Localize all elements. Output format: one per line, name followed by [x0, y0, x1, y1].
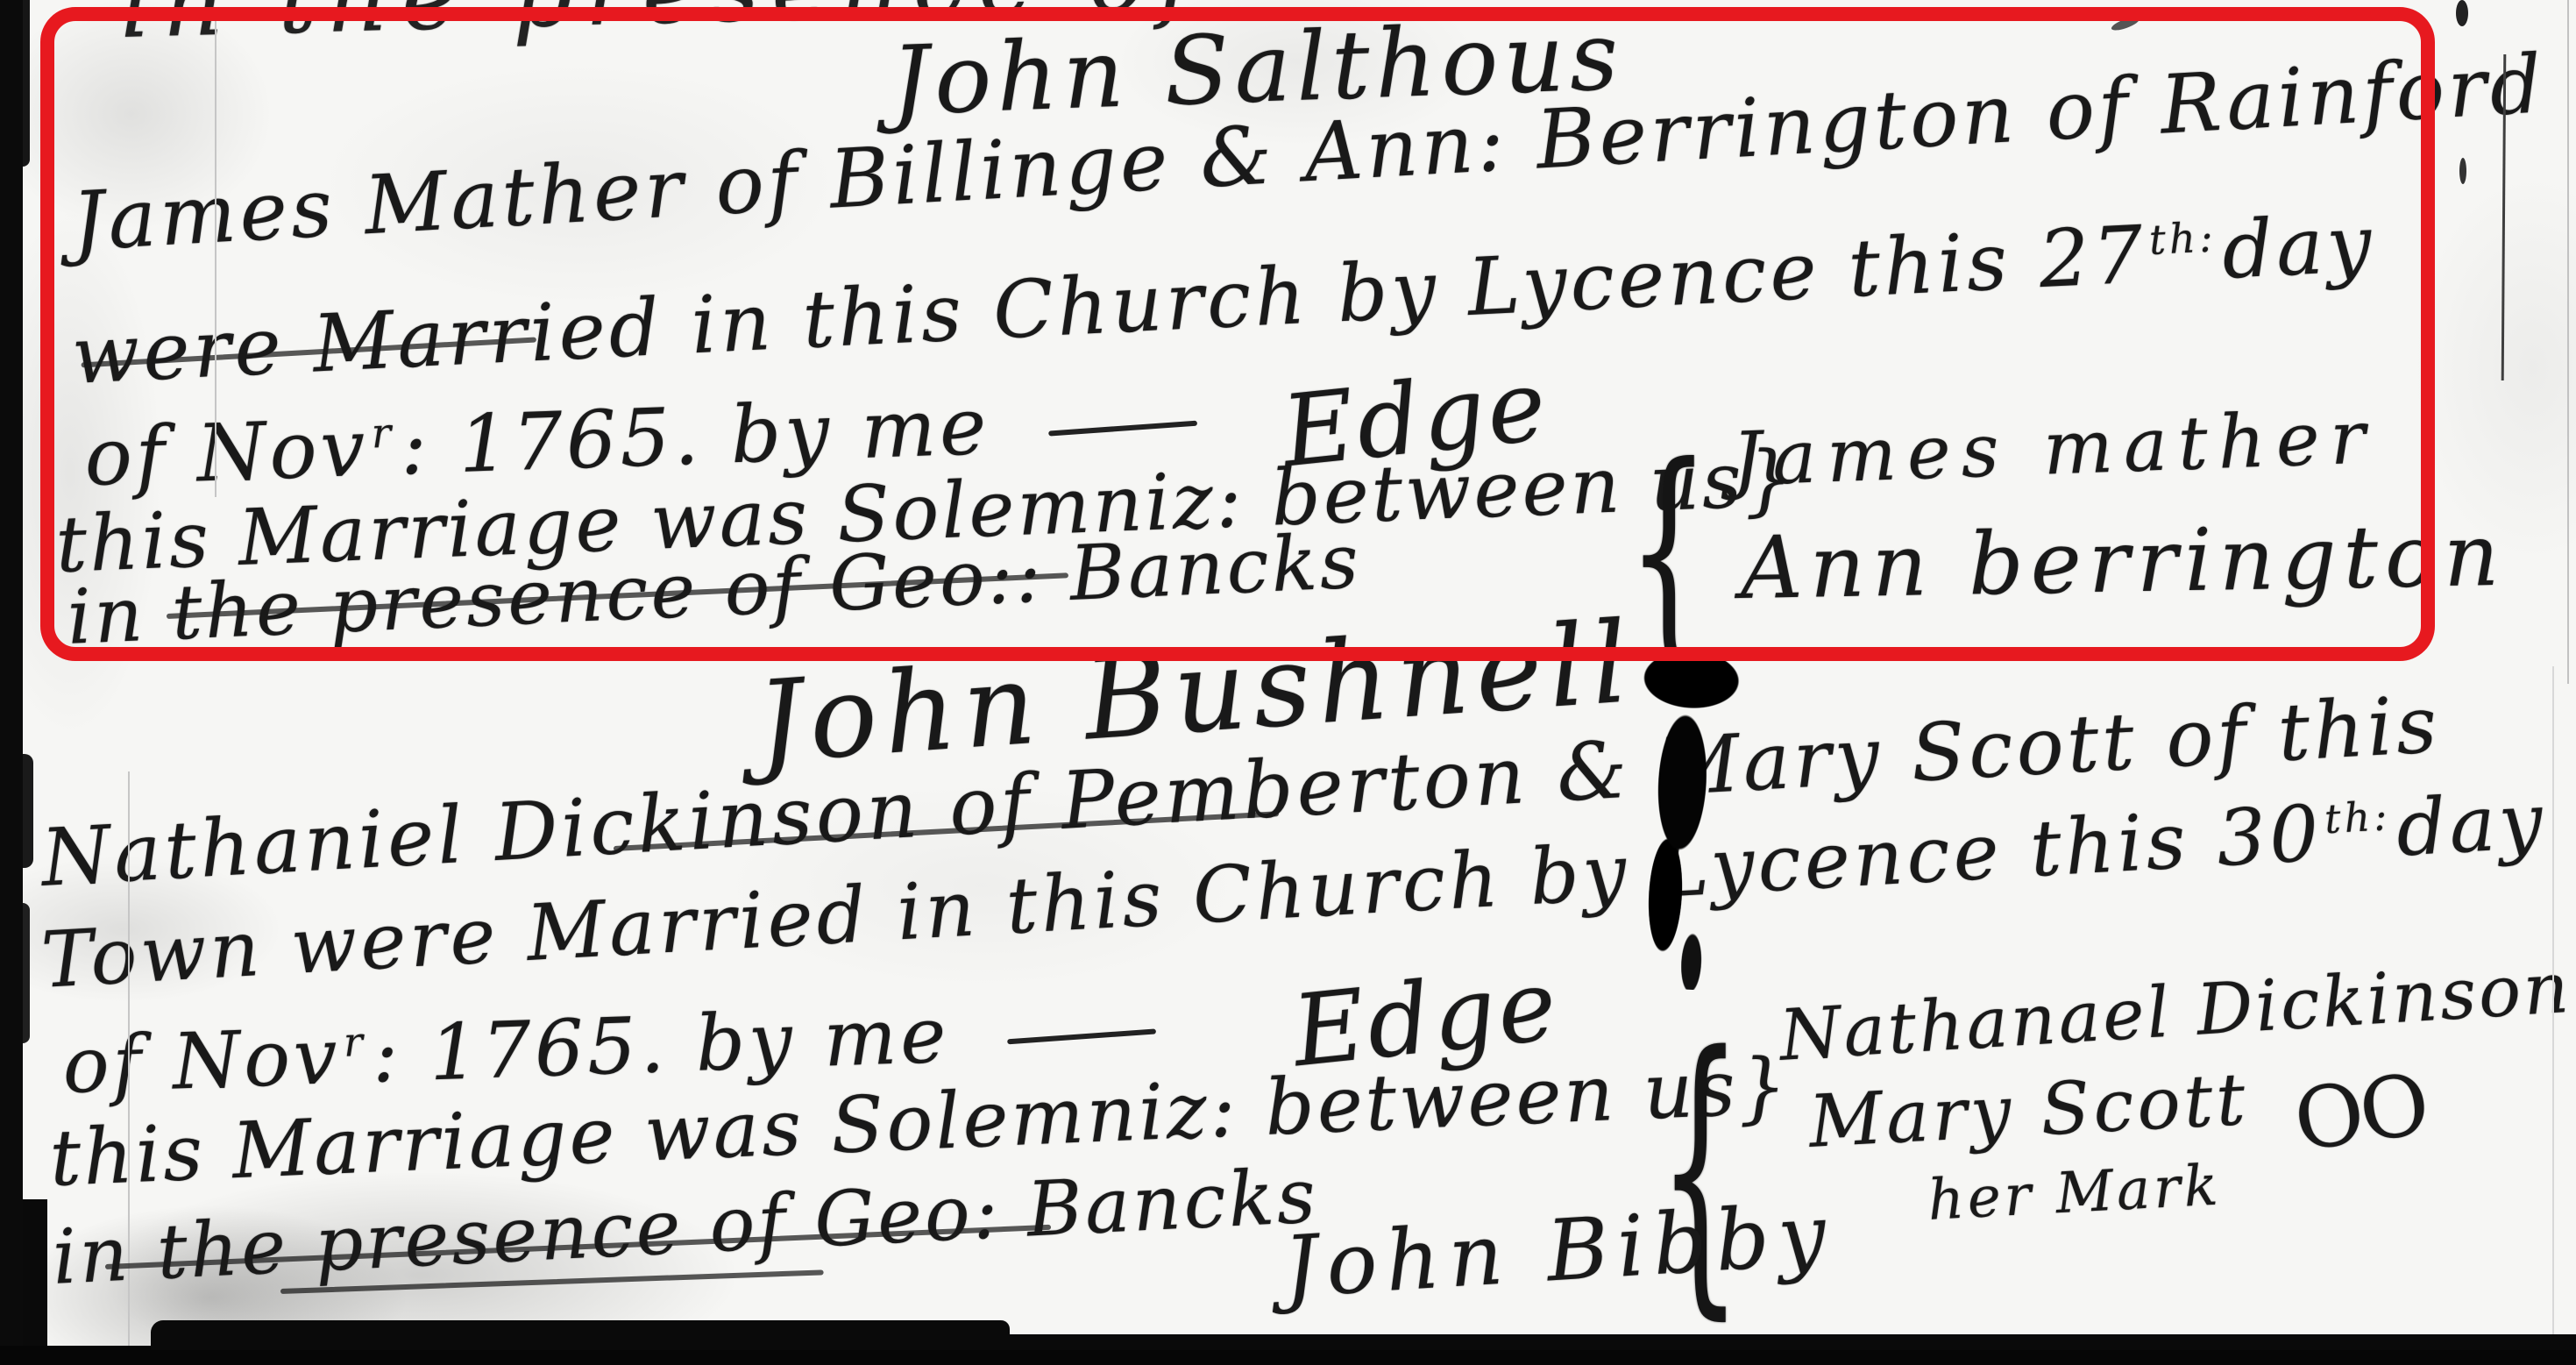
highlight-box[interactable] [40, 7, 2435, 661]
page-fold-line [128, 771, 130, 1346]
record2-line2-day: day [2394, 775, 2548, 873]
register-page-scan: in the presence of John Salthous James M… [0, 0, 2576, 1365]
record2-bride-mark-label: her Mark [1927, 1157, 2223, 1228]
page-edge-line [2552, 666, 2554, 1365]
book-spine-shadow [0, 0, 23, 1365]
scan-bottom-edge [964, 1334, 2576, 1350]
ink-speck [2459, 158, 2466, 184]
pen-flourish [1007, 1029, 1156, 1045]
scan-bottom-edge [151, 1320, 1010, 1350]
record2-witness-signature: John Bibby [1281, 1192, 1837, 1310]
page-edge-line [2567, 0, 2569, 684]
record2-groom-signature: Nathanael Dickinson [1778, 953, 2573, 1071]
record2-bride-mark: OO [2289, 1062, 2431, 1163]
record2-line3-text: of Nov [61, 1011, 343, 1111]
ink-speck [2456, 0, 2468, 26]
record2-bride-signature: Mary Scott [1807, 1064, 2250, 1159]
record2-line2-ordinal: th: [2324, 793, 2392, 842]
record2-line3-ordinal: r [343, 1019, 367, 1066]
ink-blot [1579, 651, 1781, 993]
spine-edge-detail [21, 754, 33, 868]
